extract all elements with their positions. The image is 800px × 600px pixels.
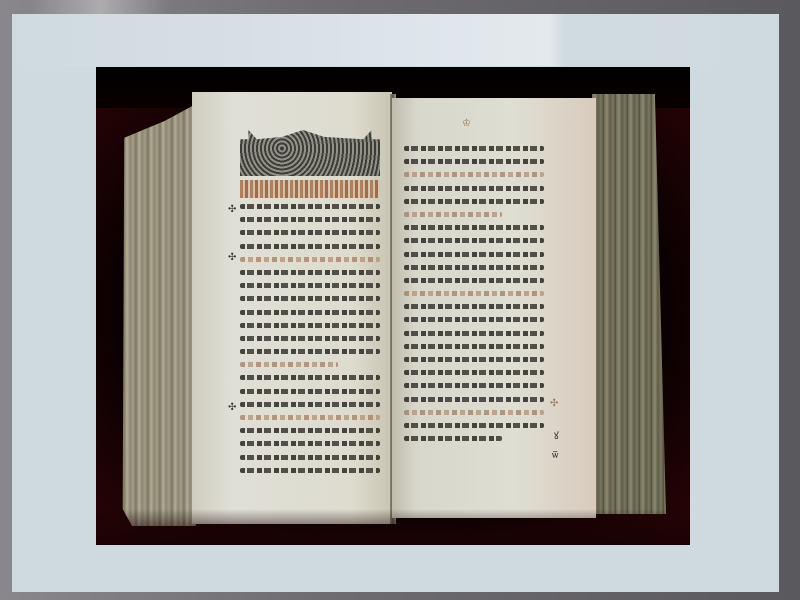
photo-bottom-shadow — [96, 509, 690, 545]
marginal-mark-icon: ✣ — [228, 204, 236, 215]
marginal-mark-icon: ✣ — [228, 402, 236, 413]
ornamental-headpiece-icon — [240, 130, 380, 176]
right-page-text — [404, 146, 544, 449]
left-page: ✣ ✣ ✣ — [192, 92, 392, 524]
book-page-edges-left — [118, 104, 196, 526]
marginal-mark-icon: ѿ — [552, 450, 558, 461]
right-page: ♔ ✣ ꙋ ѿ — [392, 98, 596, 518]
book-photo: ✣ ✣ ✣ ♔ ✣ ꙋ ѿ — [96, 67, 690, 545]
marginal-mark-icon: ✣ — [550, 398, 558, 409]
folio-mark-icon: ♔ — [462, 118, 471, 129]
marginal-mark-icon: ✣ — [228, 252, 236, 263]
title-rubric — [240, 180, 380, 198]
left-page-text — [240, 204, 380, 481]
marginal-mark-icon: ꙋ — [554, 428, 559, 442]
book-page-edges-right — [592, 94, 666, 514]
